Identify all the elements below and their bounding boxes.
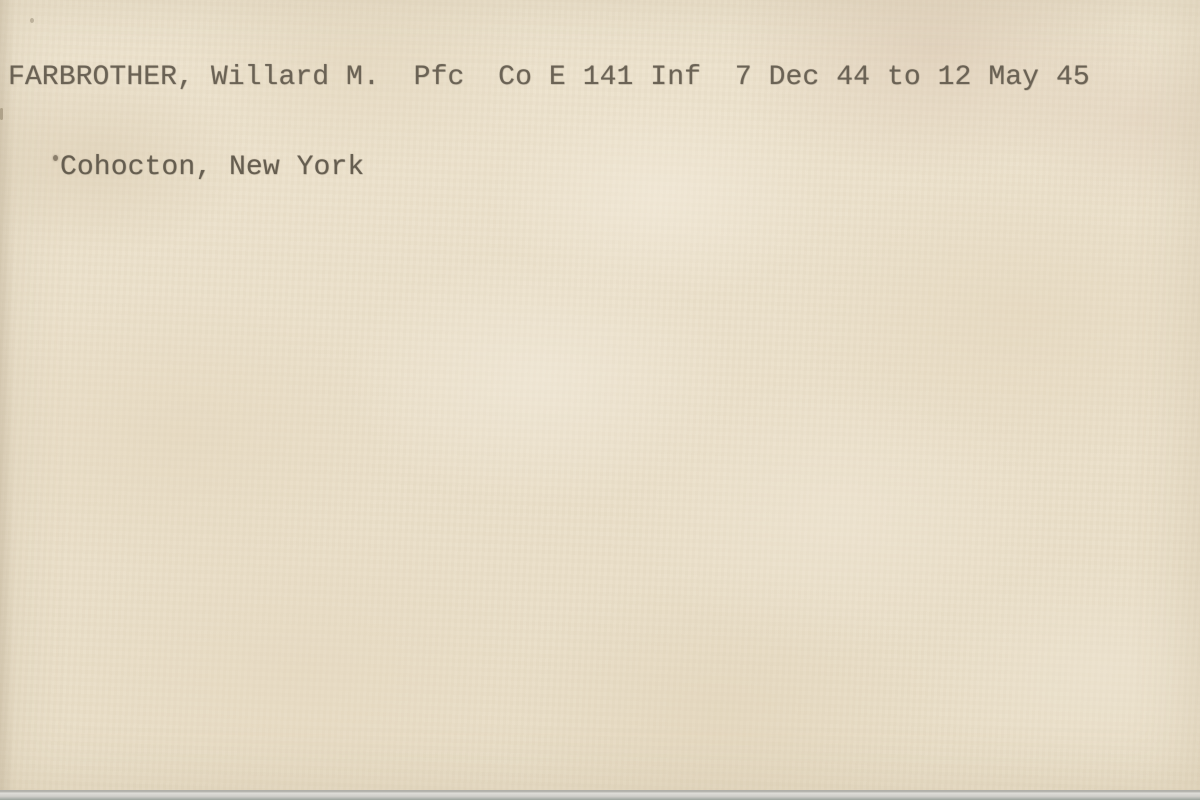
card-line-name-rank-unit-dates: FARBROTHER, Willard M. Pfc Co E 141 Inf … [8, 63, 1090, 93]
card-line-residence: Cohocton, New York [8, 153, 1090, 183]
scanned-document: FARBROTHER, Willard M. Pfc Co E 141 Inf … [0, 0, 1200, 800]
edge-smudge [0, 108, 3, 120]
scan-bottom-edge [0, 790, 1200, 800]
index-card: FARBROTHER, Willard M. Pfc Co E 141 Inf … [0, 0, 1200, 791]
typewritten-text: FARBROTHER, Willard M. Pfc Co E 141 Inf … [8, 3, 1090, 243]
